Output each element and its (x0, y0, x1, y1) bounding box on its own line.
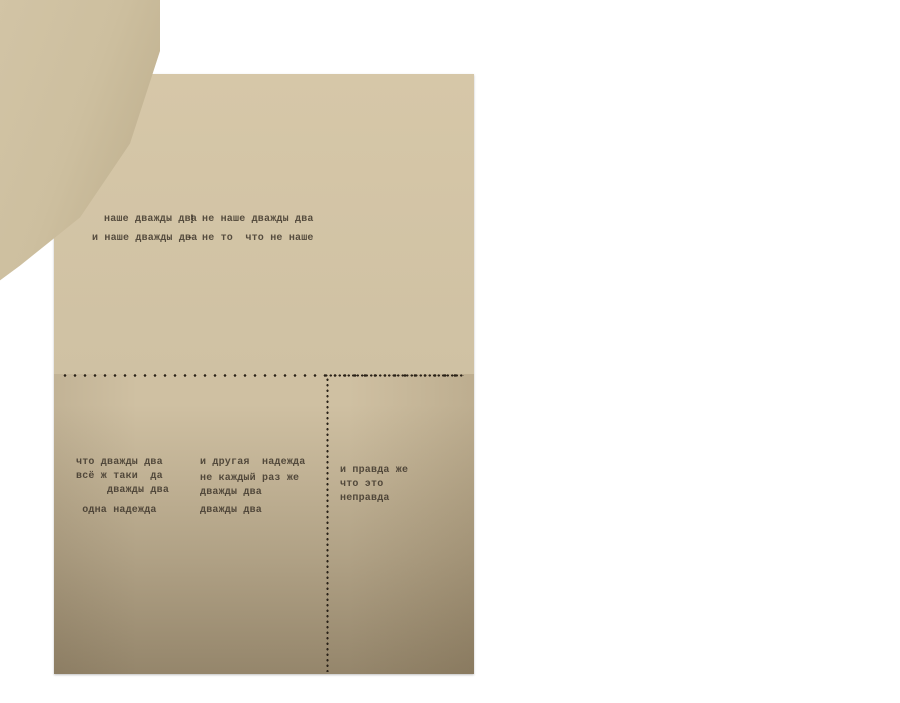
vertical-dotted-divider (326, 377, 329, 672)
left-column-line-3: дважды два (76, 484, 169, 498)
left-column-line-1: что дважды два (76, 456, 163, 470)
middle-column-line-5: дважды два (200, 504, 262, 518)
middle-column-line-1: и другая надежда (200, 456, 305, 470)
paper-page: наше дважды два ! не наше дважды два и н… (54, 74, 474, 674)
left-column-line-2: всё ж таки да (76, 470, 163, 484)
left-column-line-5: одна надежда (76, 504, 157, 518)
horizontal-dense-dotted-divider (324, 374, 464, 377)
middle-column-line-2: не каждый раз же (200, 472, 299, 486)
right-column-line-1: и правда же (340, 464, 408, 478)
right-column-line-3: неправда (340, 492, 390, 506)
middle-column-line-3: дважды два (200, 486, 262, 500)
top-line-2-left: и наше дважды два (92, 232, 197, 246)
top-line-2-mark: - (187, 232, 193, 246)
right-column-line-2: что это (340, 478, 383, 492)
top-line-1-mark: ! (188, 213, 196, 227)
top-line-1-right: не наше дважды два (202, 213, 314, 227)
top-line-1-left: наше дважды два (104, 213, 197, 227)
top-line-2-right: не то что не наше (202, 232, 314, 246)
